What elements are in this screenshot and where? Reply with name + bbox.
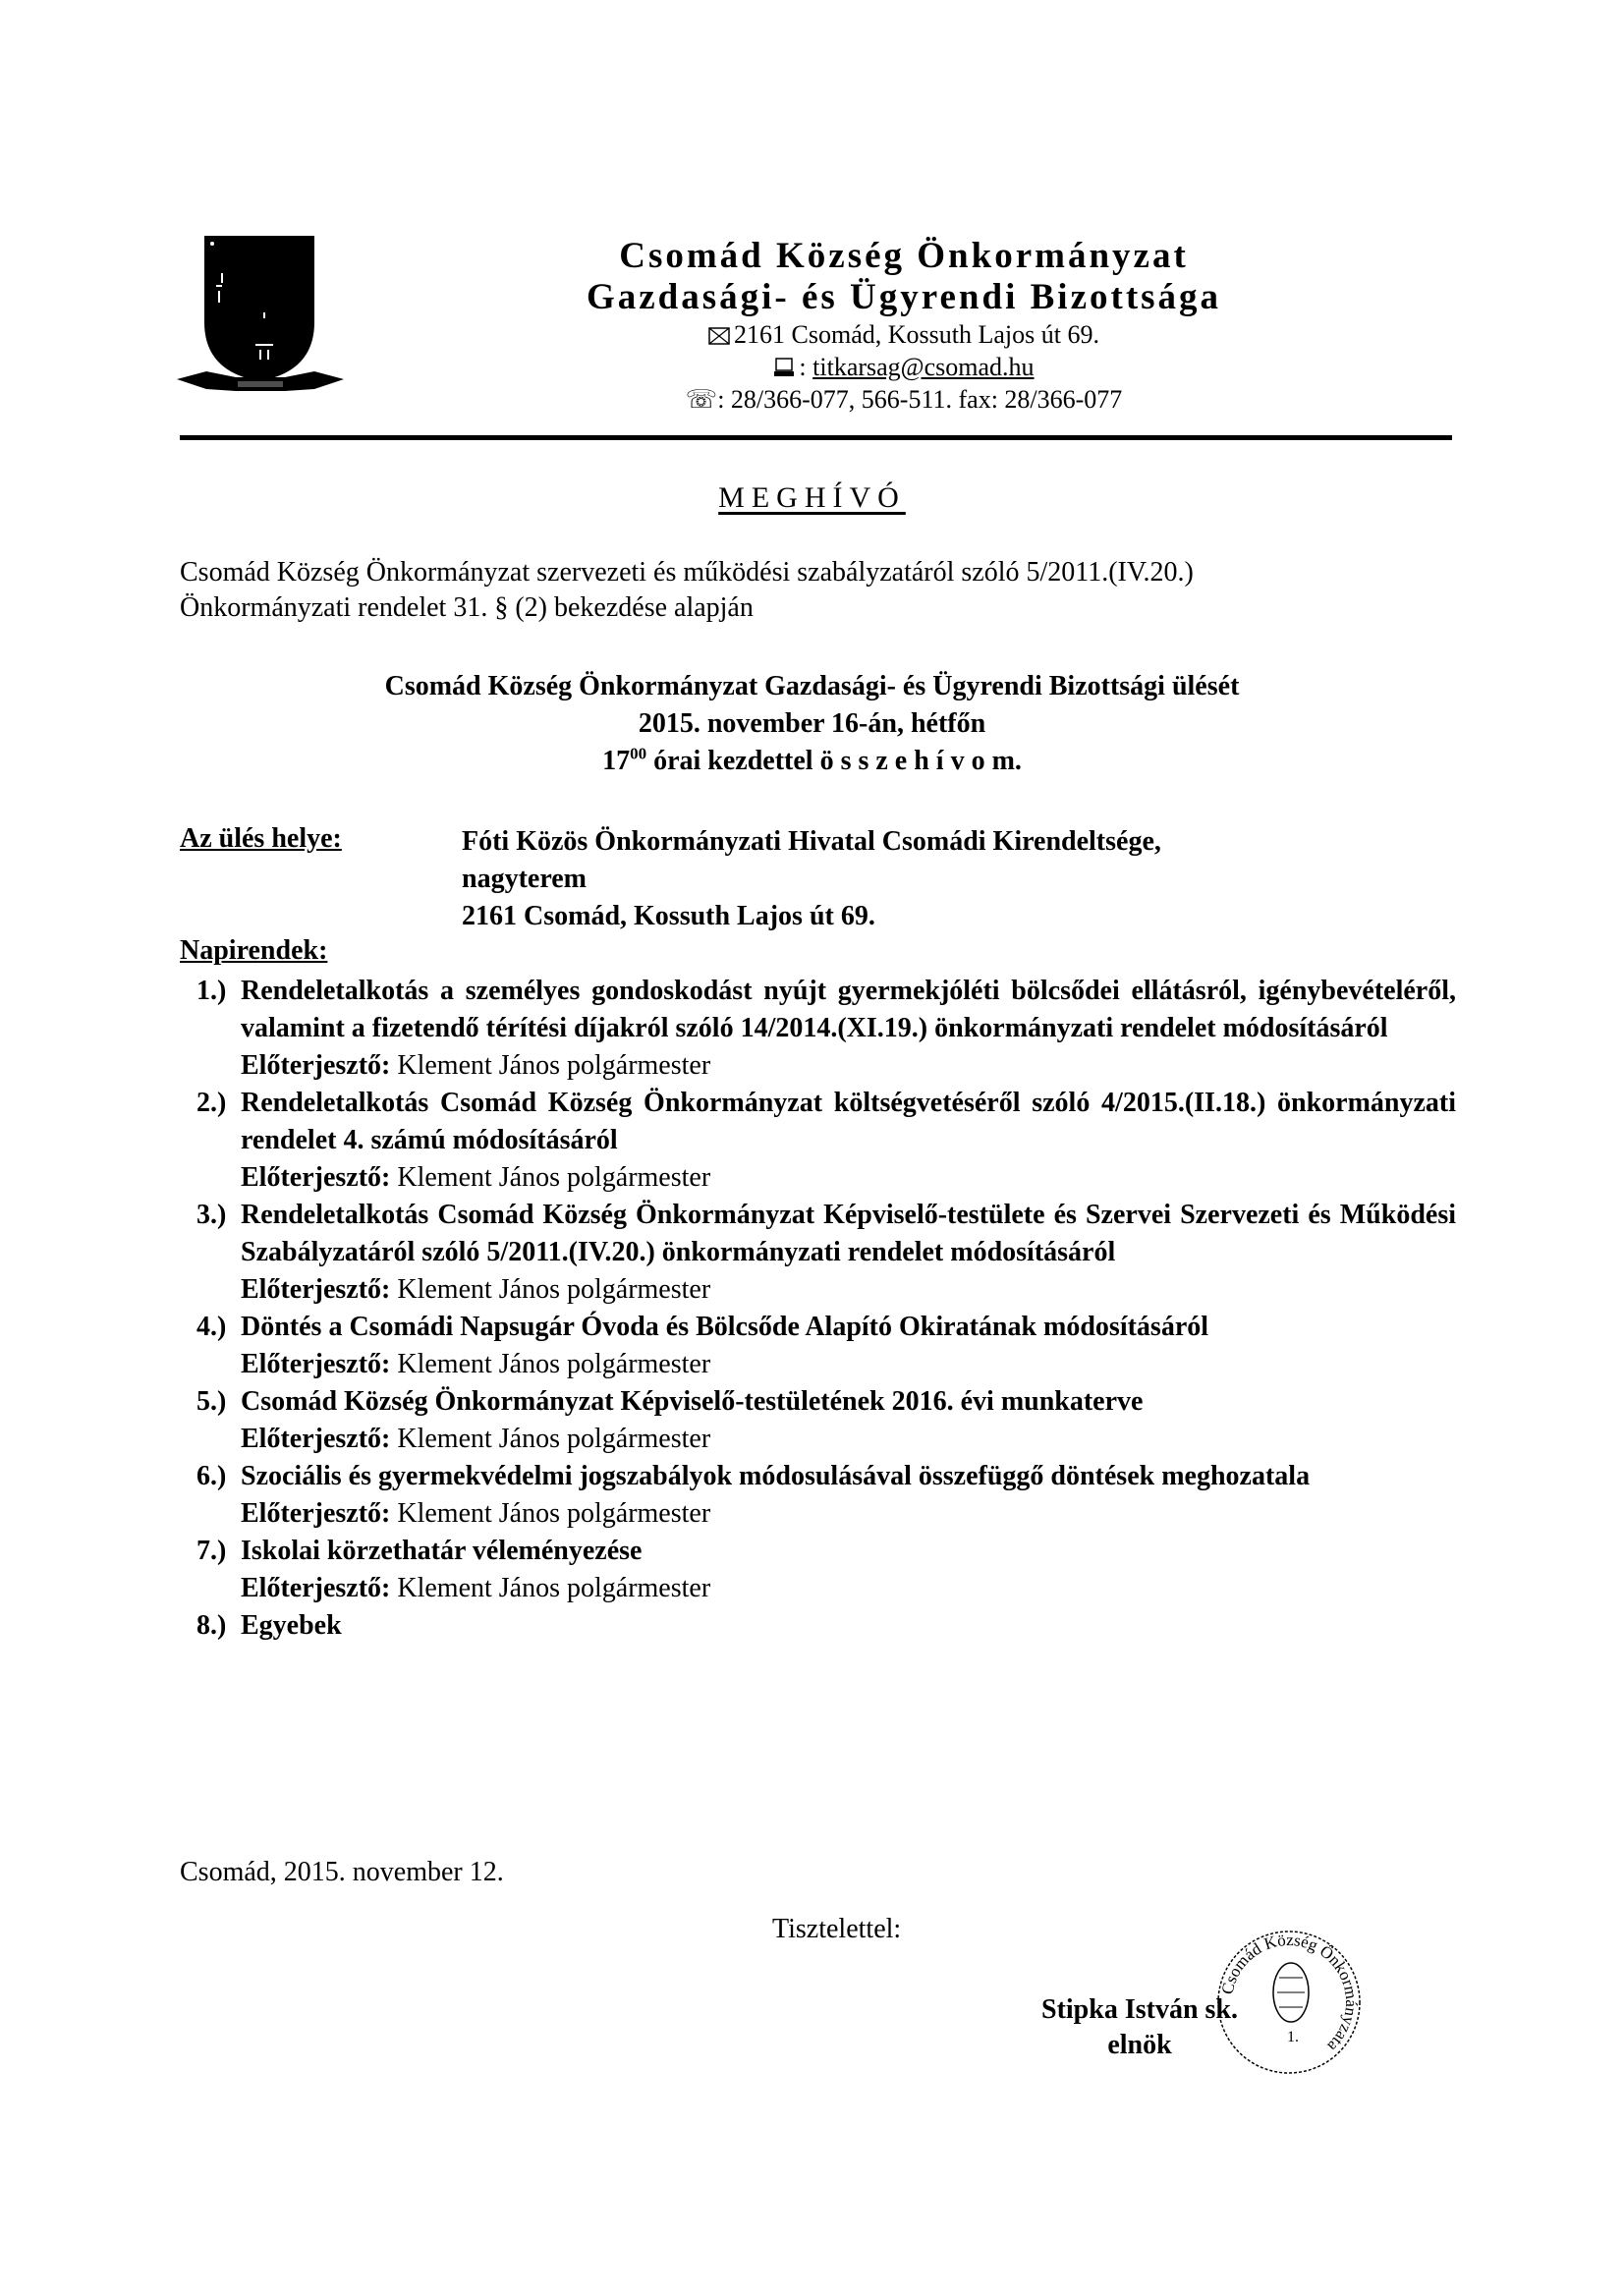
document-page: Csomád Község Önkormányzat Gazdasági- és… <box>0 0 1624 2296</box>
email-line: : titkarsag@csomad.hu <box>354 351 1454 383</box>
venue-line-3: 2161 Csomád, Kossuth Lajos út 69. <box>462 898 1444 935</box>
agenda-item: 8.)Egyebek <box>196 1607 1456 1645</box>
signature-block: Stipka István sk. elnök <box>1041 1992 1238 2063</box>
agenda-item-number: 4.) <box>196 1309 241 1383</box>
agenda-item-title: Rendeletalkotás a személyes gondoskodást… <box>241 973 1456 1047</box>
agenda-item-number: 8.) <box>196 1607 241 1645</box>
agenda-item: 7.)Iskolai körzethatár véleményezéseElőt… <box>196 1533 1456 1607</box>
agenda-item: 6.)Szociális és gyermekvédelmi jogszabál… <box>196 1458 1456 1533</box>
phone-text: 28/366-077, 566-511. fax: 28/366-077 <box>731 385 1122 414</box>
closing-greeting: Tisztelettel: <box>772 1914 901 1945</box>
meeting-time: 1700 órai kezdettel ö s s z e h í v o m. <box>0 743 1624 780</box>
agenda-item-title: Iskolai körzethatár véleményezése <box>241 1533 1456 1570</box>
convocation: Csomád Község Önkormányzat Gazdasági- és… <box>0 668 1624 780</box>
signer-name: Stipka István sk. <box>1041 1992 1238 2028</box>
agenda-label: Napirendek: <box>180 935 327 967</box>
agenda-item-presenter: Előterjesztő: Klement János polgármester <box>241 1346 1456 1383</box>
agenda-item-title: Szociális és gyermekvédelmi jogszabályok… <box>241 1458 1456 1495</box>
agenda-list: 1.)Rendeletalkotás a személyes gondoskod… <box>196 973 1456 1645</box>
agenda-item-number: 5.) <box>196 1383 241 1458</box>
agenda-item: 2.)Rendeletalkotás Csomád Község Önkormá… <box>196 1085 1456 1197</box>
telephone-icon: ☏ <box>686 383 718 416</box>
address-text: 2161 Csomád, Kossuth Lajos út 69. <box>734 320 1099 349</box>
intro-line-1: Csomád Község Önkormányzat szervezeti és… <box>180 555 1457 590</box>
agenda-item-number: 7.) <box>196 1533 241 1607</box>
signer-role: elnök <box>1041 2028 1238 2063</box>
agenda-item-title: Rendeletalkotás Csomád Község Önkormányz… <box>241 1085 1456 1159</box>
agenda-item-number: 2.) <box>196 1085 241 1197</box>
address-line: 2161 Csomád, Kossuth Lajos út 69. <box>354 318 1454 351</box>
agenda-item: 5.)Csomád Község Önkormányzat Képviselő-… <box>196 1383 1456 1458</box>
envelope-icon <box>708 318 730 351</box>
document-title: MEGHÍVÓ <box>0 481 1624 515</box>
letterhead: Csomád Község Önkormányzat Gazdasági- és… <box>354 236 1454 416</box>
committee-name: Gazdasági- és Ügyrendi Bizottsága <box>354 277 1454 318</box>
intro-line-2: Önkormányzati rendelet 31. § (2) bekezdé… <box>180 590 1457 626</box>
agenda-item-number: 6.) <box>196 1458 241 1533</box>
computer-icon <box>773 351 795 383</box>
svg-text:1.: 1. <box>1287 2029 1299 2045</box>
coat-of-arms-icon <box>177 234 344 401</box>
venue: Fóti Közös Önkormányzati Hivatal Csomádi… <box>462 823 1444 935</box>
agenda-item-title: Csomád Község Önkormányzat Képviselő-tes… <box>241 1383 1456 1421</box>
agenda-item-number: 3.) <box>196 1197 241 1309</box>
agenda-item-presenter: Előterjesztő: Klement János polgármester <box>241 1047 1456 1085</box>
convocation-line-1: Csomád Község Önkormányzat Gazdasági- és… <box>0 668 1624 705</box>
meeting-date: 2015. november 16-án, hétfőn <box>0 705 1624 743</box>
agenda-item-presenter: Előterjesztő: Klement János polgármester <box>241 1570 1456 1607</box>
phone-line: ☏: 28/366-077, 566-511. fax: 28/366-077 <box>354 383 1454 416</box>
venue-line-2: nagyterem <box>462 861 1444 898</box>
agenda-item: 3.)Rendeletalkotás Csomád Község Önkormá… <box>196 1197 1456 1309</box>
organization-name: Csomád Község Önkormányzat <box>354 236 1454 277</box>
agenda-item-title: Döntés a Csomádi Napsugár Óvoda és Bölcs… <box>241 1309 1456 1346</box>
venue-line-1: Fóti Közös Önkormányzati Hivatal Csomádi… <box>462 823 1444 861</box>
venue-label: Az ülés helye: <box>180 823 342 855</box>
agenda-item: 1.)Rendeletalkotás a személyes gondoskod… <box>196 973 1456 1085</box>
document-date: Csomád, 2015. november 12. <box>180 1857 504 1888</box>
agenda-item-title: Rendeletalkotás Csomád Község Önkormányz… <box>241 1197 1456 1271</box>
agenda-item-title: Egyebek <box>241 1607 1456 1645</box>
agenda-item-presenter: Előterjesztő: Klement János polgármester <box>241 1159 1456 1197</box>
intro-paragraph: Csomád Község Önkormányzat szervezeti és… <box>180 555 1457 626</box>
header-divider <box>180 435 1452 440</box>
agenda-item-number: 1.) <box>196 973 241 1085</box>
agenda-item-presenter: Előterjesztő: Klement János polgármester <box>241 1271 1456 1309</box>
email-link[interactable]: titkarsag@csomad.hu <box>812 353 1034 381</box>
agenda-item-presenter: Előterjesztő: Klement János polgármester <box>241 1421 1456 1458</box>
agenda-item-presenter: Előterjesztő: Klement János polgármester <box>241 1495 1456 1533</box>
agenda-item: 4.)Döntés a Csomádi Napsugár Óvoda és Bö… <box>196 1309 1456 1383</box>
